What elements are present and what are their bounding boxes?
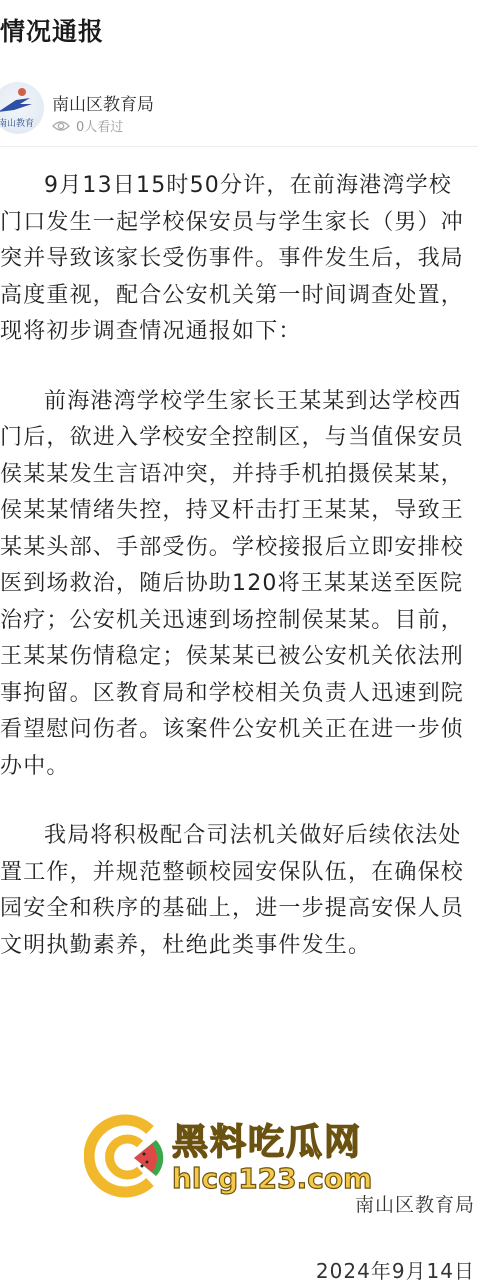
view-count-text: 0人看过 (76, 116, 123, 135)
avatar-logo-text: 南山教育 (0, 116, 34, 129)
watermark-url: hlcg123.com (172, 1162, 372, 1195)
header-divider (0, 146, 478, 147)
watermelon-c-logo-icon (84, 1114, 168, 1198)
signature: 南山区教育局 (355, 1190, 475, 1217)
author-row[interactable]: 南山教育 南山区教育局 0人看过 (0, 82, 490, 142)
paragraph: 9月13日15时50分许，在前海港湾学校门口发生一起学校保安员与学生家长（男）冲… (0, 168, 470, 351)
paragraph: 前海港湾学校学生家长王某某到达学校西门后，欲进入学校安全控制区，与当值保安员侯某… (0, 384, 470, 786)
view-count: 0人看过 (52, 116, 123, 135)
watermark: 黑料吃瓜网 hlcg123.com (84, 1112, 404, 1202)
publish-date: 2024年9月14日 (316, 1255, 475, 1280)
author-name[interactable]: 南山区教育局 (52, 90, 154, 115)
eye-icon (52, 120, 70, 132)
paragraph: 我局将积极配合司法机关做好后续依法处置工作，并规范整顿校园安保队伍，在确保校园安… (0, 818, 470, 964)
author-avatar[interactable]: 南山教育 (0, 82, 44, 134)
article-title: 情况通报 (0, 12, 104, 48)
article-body: 9月13日15时50分许，在前海港湾学校门口发生一起学校保安员与学生家长（男）冲… (0, 168, 470, 997)
watermark-name: 黑料吃瓜网 (172, 1114, 362, 1165)
